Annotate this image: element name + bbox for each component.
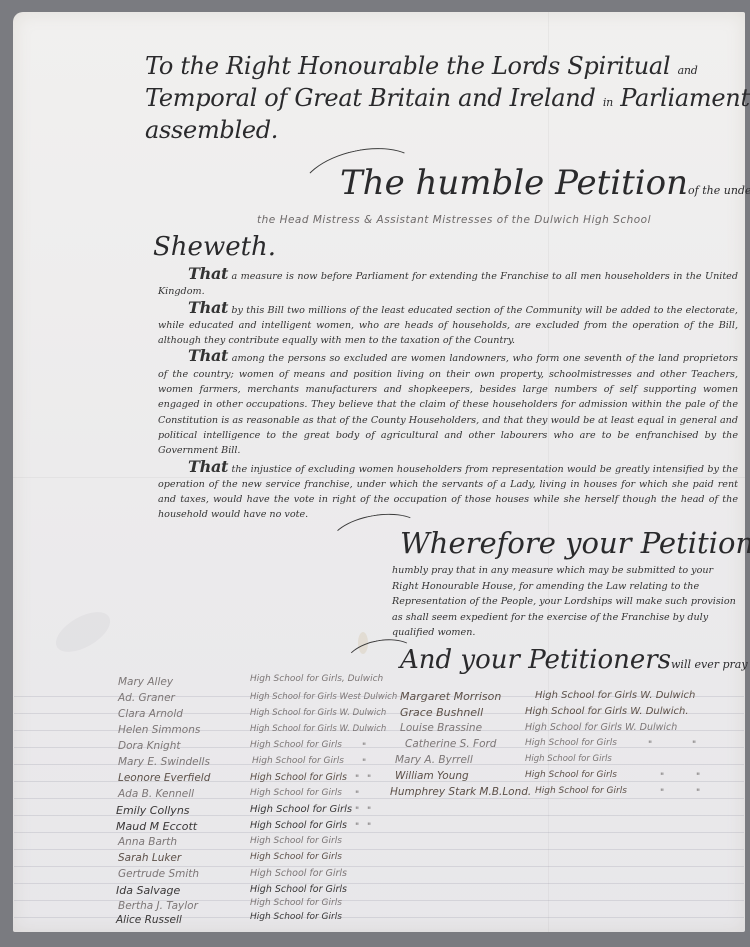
signature-school: High School for Girls W. Dulwich <box>535 690 695 701</box>
paragraph-4: That the injustice of excluding women ho… <box>158 459 738 523</box>
signature-name: Grace Bushnell <box>400 706 483 719</box>
signature-name: Mary A. Byrrell <box>395 754 473 766</box>
signature-school: High School for Girls <box>250 836 342 846</box>
signature-school: High School for Girls W. Dulwich <box>250 724 386 734</box>
ditto-mark: " <box>367 806 371 816</box>
address-line-2: Temporal of Great Britain and Ireland in… <box>145 84 750 112</box>
signature-name: Sarah Luker <box>118 852 181 864</box>
signature-school: High School for Girls <box>250 772 347 783</box>
ditto-mark: " <box>692 740 696 750</box>
ditto-mark: " <box>367 774 371 784</box>
signature-school: High School for Girls W. Dulwich <box>525 722 677 733</box>
address-line-1: To the Right Honourable the Lords Spirit… <box>145 52 697 80</box>
signature-name: Clara Arnold <box>118 708 183 720</box>
signature-school: High School for Girls <box>250 898 342 908</box>
ditto-mark: " <box>355 790 359 800</box>
wherefore-heading: Wherefore your Petitioners <box>400 526 750 560</box>
signature-school: High School for Girls <box>525 754 612 764</box>
signature-name: Maud M Eccott <box>116 820 197 833</box>
signature-name: Ada B. Kennell <box>118 788 194 800</box>
signature-school: High School for Girls <box>250 852 342 862</box>
signature-school: High School for Girls <box>525 738 617 748</box>
signature-school: High School for Girls <box>535 786 627 796</box>
signature-school: High School for Girls <box>250 884 347 895</box>
petitioners-description: the Head Mistress & Assistant Mistresses… <box>257 214 651 226</box>
signature-name: Ida Salvage <box>116 884 180 897</box>
ditto-mark: " <box>696 788 700 798</box>
paragraph-3: That among the persons so excluded are w… <box>158 348 738 458</box>
signature-name: Helen Simmons <box>118 724 200 736</box>
closing-line: And your Petitionerswill ever pray &c. <box>400 645 750 675</box>
signature-name: Alice Russell <box>116 914 182 926</box>
signature-school: High School for Girls <box>250 868 347 879</box>
address-line-3: assembled. <box>145 116 278 144</box>
signature-school: High School for Girls, Dulwich <box>250 674 383 684</box>
ditto-mark: " <box>660 772 664 782</box>
signature-name: Humphrey Stark M.B.Lond. <box>390 786 531 798</box>
paragraph-2: That by this Bill two millions of the le… <box>158 300 738 349</box>
signature-school: High School for Girls <box>250 912 342 922</box>
signature-school: High School for Girls W. Dulwich <box>250 708 386 718</box>
signature-school: High School for Girls <box>252 756 344 766</box>
ditto-mark: " <box>355 822 359 832</box>
signature-name: Ad. Graner <box>118 692 175 704</box>
petition-title: The humble Petitionof the undersigned <box>340 163 750 203</box>
ditto-mark: " <box>355 774 359 784</box>
petition-body: That a measure is now before Parliament … <box>158 266 738 523</box>
signature-name: Emily Collyns <box>116 804 190 817</box>
signature-name: Bertha J. Taylor <box>118 900 198 912</box>
signature-school: High School for Girls <box>250 820 347 831</box>
signature-school: High School for Girls <box>250 788 342 798</box>
signature-name: Louise Brassine <box>400 722 482 734</box>
ditto-mark: " <box>696 772 700 782</box>
signature-school: High School for Girls <box>250 740 342 750</box>
signature-name: Leonore Everfield <box>118 772 210 784</box>
signature-name: Margaret Morrison <box>400 690 501 703</box>
paper-smudge <box>50 604 117 660</box>
signature-name: Mary Alley <box>118 676 173 688</box>
signature-name: Mary E. Swindells <box>118 756 210 768</box>
ditto-mark: " <box>648 740 652 750</box>
signature-school: High School for Girls <box>525 770 617 780</box>
signature-name: William Young <box>395 770 469 782</box>
ditto-mark: " <box>660 788 664 798</box>
signature-school: High School for Girls W. Dulwich. <box>525 706 689 717</box>
ditto-mark: " <box>362 742 366 752</box>
ditto-mark: " <box>367 822 371 832</box>
sheweth-heading: Sheweth. <box>153 232 276 262</box>
signature-name: Gertrude Smith <box>118 868 199 880</box>
signature-school: High School for Girls <box>250 804 352 815</box>
ditto-mark: " <box>362 758 366 768</box>
paragraph-1: That a measure is now before Parliament … <box>158 266 738 300</box>
signature-school: High School for Girls West Dulwich <box>250 692 397 702</box>
signature-name: Anna Barth <box>118 836 177 848</box>
prayer-text: humbly pray that in any measure which ma… <box>392 563 737 641</box>
signature-name: Dora Knight <box>118 740 181 752</box>
signature-name: Catherine S. Ford <box>405 738 496 750</box>
ditto-mark: " <box>355 806 359 816</box>
